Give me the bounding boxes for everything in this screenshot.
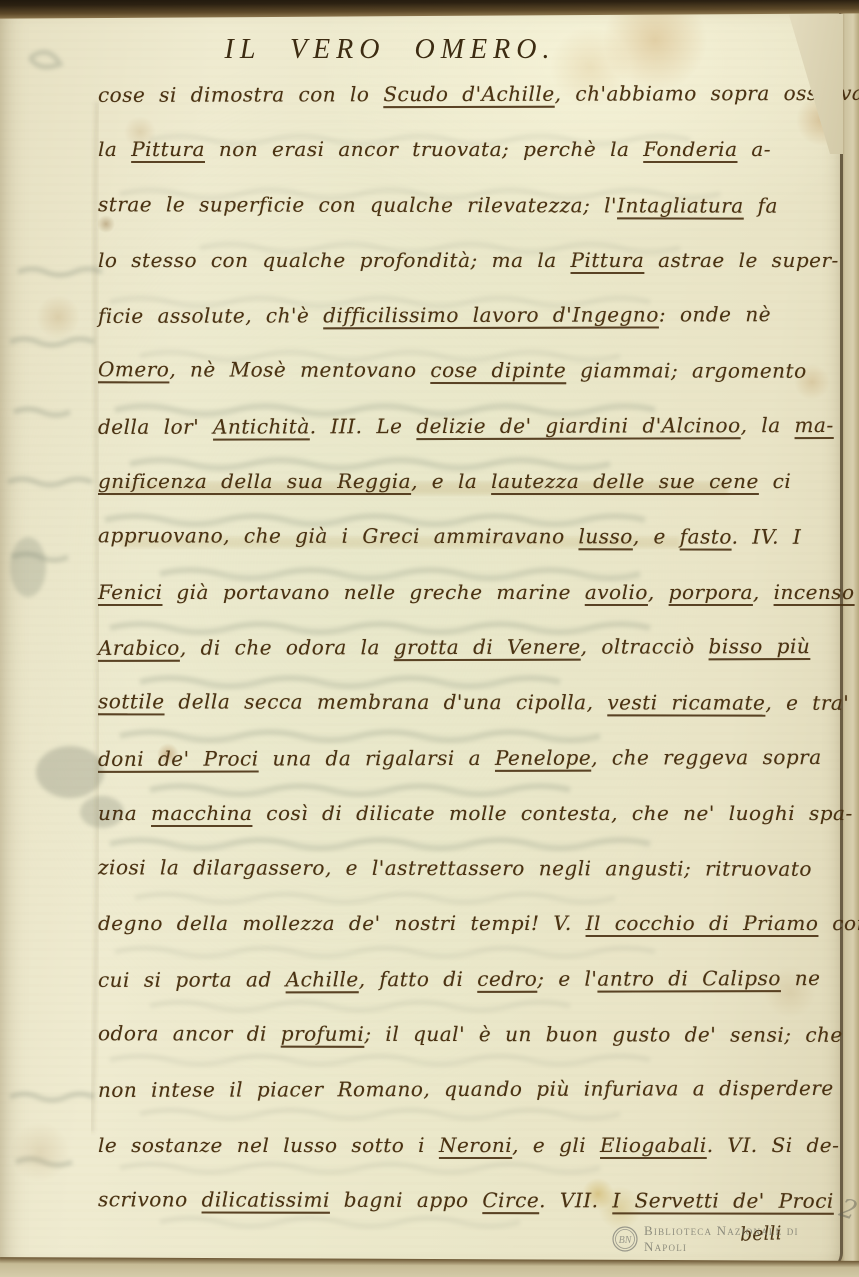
underlined-phrase: avolio xyxy=(585,580,648,604)
text-segment: , di che odora la xyxy=(180,635,394,660)
manuscript-line: gnificenza della sua Reggia, e la lautez… xyxy=(98,469,794,524)
text-segment: ; e l' xyxy=(537,966,597,990)
text-segment: cui si porta ad xyxy=(98,967,286,991)
text-segment: a- xyxy=(738,137,772,161)
text-segment: cose si dimostra con lo xyxy=(98,82,383,107)
underlined-phrase: ma- xyxy=(795,413,834,437)
underlined-phrase: difficilissimo lavoro d'Ingegno xyxy=(323,303,659,328)
manuscript-photo: IL VERO OMERO. cose si dimostra con lo S… xyxy=(0,0,859,1277)
text-segment: , xyxy=(648,580,669,604)
manuscript-line: ficie assolute, ch'è difficilissimo lavo… xyxy=(98,302,794,359)
text-segment: ziosi la dilargassero, e l'astrettassero… xyxy=(98,855,812,880)
underlined-phrase: vesti ricamate xyxy=(607,691,765,715)
text-segment: la xyxy=(98,137,131,161)
text-segment: così di dilicate molle contesta, che ne'… xyxy=(252,801,852,825)
underlined-phrase: dilicatissimi xyxy=(202,1187,330,1211)
underlined-phrase: Neroni xyxy=(439,1133,512,1157)
manuscript-line: cose si dimostra con lo Scudo d'Achille,… xyxy=(98,81,794,138)
text-segment: : onde nè xyxy=(659,302,771,326)
underlined-phrase: gnificenza della sua Reggia xyxy=(98,469,411,493)
text-segment: , nè Mosè mentovano xyxy=(169,358,430,383)
text-segment: lo stesso con qualche profondità; ma la xyxy=(98,248,571,272)
underlined-phrase: Eliogabali xyxy=(600,1133,707,1157)
manuscript-line: strae le superficie con qualche rilevate… xyxy=(98,192,794,249)
text-segment: strae le superficie con qualche rilevate… xyxy=(98,192,617,217)
manuscript-line: non intese il piacer Romano, quando più … xyxy=(98,1076,794,1133)
text-segment: , oltracciò xyxy=(581,634,709,658)
underlined-phrase: Fonderia xyxy=(643,137,737,161)
text-segment: della lor' xyxy=(98,414,213,438)
underlined-phrase: delizie de' giardini d'Alcinoo xyxy=(416,413,740,438)
underlined-phrase: profumi xyxy=(281,1022,365,1046)
text-segment: ficie assolute, ch'è xyxy=(98,304,323,329)
text-segment: una xyxy=(98,801,151,825)
underlined-phrase: macchina xyxy=(151,801,252,825)
underlined-phrase: Fenici xyxy=(98,580,163,604)
text-segment: non intese il piacer Romano, quando più … xyxy=(98,1076,834,1102)
underlined-phrase: Scudo d'Achille xyxy=(383,82,554,106)
manuscript-line: odora ancor di profumi; il qual' è un bu… xyxy=(98,1021,794,1078)
underlined-phrase: sottile xyxy=(98,690,165,714)
underlined-phrase: Il cocchio di Priamo xyxy=(586,911,819,935)
underlined-phrase: incenso xyxy=(774,580,855,604)
manuscript-line: appruovano, che già i Greci ammiravano l… xyxy=(98,524,794,581)
manuscript-line: degno della mollezza de' nostri tempi! V… xyxy=(98,911,794,966)
text-segment: non erasi ancor truovata; perchè la xyxy=(205,137,643,161)
text-segment: degno della mollezza de' nostri tempi! V… xyxy=(98,911,586,935)
manuscript-text: cose si dimostra con lo Scudo d'Achille,… xyxy=(98,82,794,1243)
underlined-phrase: porpora xyxy=(669,580,753,604)
underlined-phrase: bisso più xyxy=(709,634,811,658)
text-segment: . VII. xyxy=(539,1188,612,1212)
underlined-phrase: Omero xyxy=(98,358,169,382)
text-segment: astrae le super- xyxy=(644,248,838,272)
manuscript-line: la Pittura non erasi ancor truovata; per… xyxy=(98,137,794,192)
library-watermark-label: Biblioteca Nazionale di Napoli xyxy=(644,1223,840,1255)
text-segment: della secca membrana d'una cipolla, xyxy=(165,690,608,715)
library-watermark: BN Biblioteca Nazionale di Napoli xyxy=(612,1223,840,1255)
text-segment: , xyxy=(753,580,774,604)
manuscript-line: doni de' Proci una da rigalarsi a Penelo… xyxy=(98,745,794,802)
underlined-phrase: Pittura xyxy=(131,137,205,161)
underlined-phrase: Circe xyxy=(482,1188,539,1212)
text-segment: , e la xyxy=(411,469,491,493)
underlined-phrase: cose dipinte xyxy=(430,358,566,382)
underlined-phrase: doni de' Proci xyxy=(98,746,259,770)
text-segment: . III. Le xyxy=(310,414,417,438)
text-segment: ; il qual' è un buon gusto de' sensi; ch… xyxy=(364,1022,842,1047)
underlined-phrase: Antichità xyxy=(213,414,310,438)
bnn-monogram-icon: BN xyxy=(612,1226,638,1252)
manuscript-line: le sostanze nel lusso sotto i Neroni, e … xyxy=(98,1133,794,1188)
manuscript-line: una macchina così di dilicate molle cont… xyxy=(98,801,794,856)
text-segment: , la xyxy=(741,413,795,437)
underlined-phrase: Pittura xyxy=(571,248,645,272)
manuscript-line: lo stesso con qualche profondità; ma la … xyxy=(98,248,794,303)
text-segment: fa xyxy=(744,193,778,217)
text-segment: ci xyxy=(759,469,791,493)
text-segment: con xyxy=(818,911,859,935)
manuscript-page: IL VERO OMERO. cose si dimostra con lo S… xyxy=(0,12,843,1267)
manuscript-line: ziosi la dilargassero, e l'astrettassero… xyxy=(98,855,794,912)
book-bottom-edge xyxy=(0,1257,859,1277)
text-segment: , e tra' xyxy=(765,691,849,715)
underlined-phrase: lautezza delle sue cene xyxy=(491,469,759,493)
underlined-phrase: Achille xyxy=(286,967,359,991)
manuscript-line: sottile della secca membrana d'una cipol… xyxy=(98,690,794,747)
text-segment: odora ancor di xyxy=(98,1021,281,1045)
manuscript-line: Fenici già portavano nelle greche marine… xyxy=(98,580,794,635)
text-segment: bagni appo xyxy=(330,1188,483,1212)
text-segment: già portavano nelle greche marine xyxy=(163,580,585,604)
underlined-phrase: Penelope xyxy=(495,745,591,769)
manuscript-line: cui si porta ad Achille, fatto di cedro;… xyxy=(98,966,794,1023)
underlined-phrase: antro di Calipso xyxy=(597,966,781,990)
underlined-phrase: grotta di Venere xyxy=(394,635,581,659)
underlined-phrase: Arabico xyxy=(98,636,180,660)
underlined-phrase: fasto xyxy=(680,525,732,549)
text-segment: , fatto di xyxy=(359,967,478,991)
text-segment: giammai; argomento xyxy=(566,359,806,384)
manuscript-line: della lor' Antichità. III. Le delizie de… xyxy=(98,413,794,470)
underlined-phrase: lusso xyxy=(578,525,632,549)
page-title: IL VERO OMERO. xyxy=(0,34,780,66)
manuscript-line: Arabico, di che odora la grotta di Vener… xyxy=(98,634,794,691)
text-segment: . VI. Si de- xyxy=(707,1133,840,1157)
text-segment: . IV. I xyxy=(732,525,802,549)
manuscript-line: Omero, nè Mosè mentovano cose dipinte gi… xyxy=(98,358,794,415)
text-segment: , e gli xyxy=(512,1133,600,1157)
text-segment: le sostanze nel lusso sotto i xyxy=(98,1133,439,1157)
text-segment: appruovano, che già i Greci ammiravano xyxy=(98,524,579,549)
underlined-phrase: Intagliatura xyxy=(617,193,744,217)
text-segment: , e xyxy=(633,525,680,549)
underlined-phrase: cedro xyxy=(477,967,537,991)
text-segment: una da rigalarsi a xyxy=(259,745,495,770)
text-segment: ne xyxy=(781,966,821,990)
underlined-phrase: I Servetti de' Proci xyxy=(612,1188,834,1212)
svg-text:BN: BN xyxy=(619,1235,633,1246)
text-segment: scrivono xyxy=(98,1187,202,1211)
text-segment: , che reggeva sopra xyxy=(591,745,822,770)
